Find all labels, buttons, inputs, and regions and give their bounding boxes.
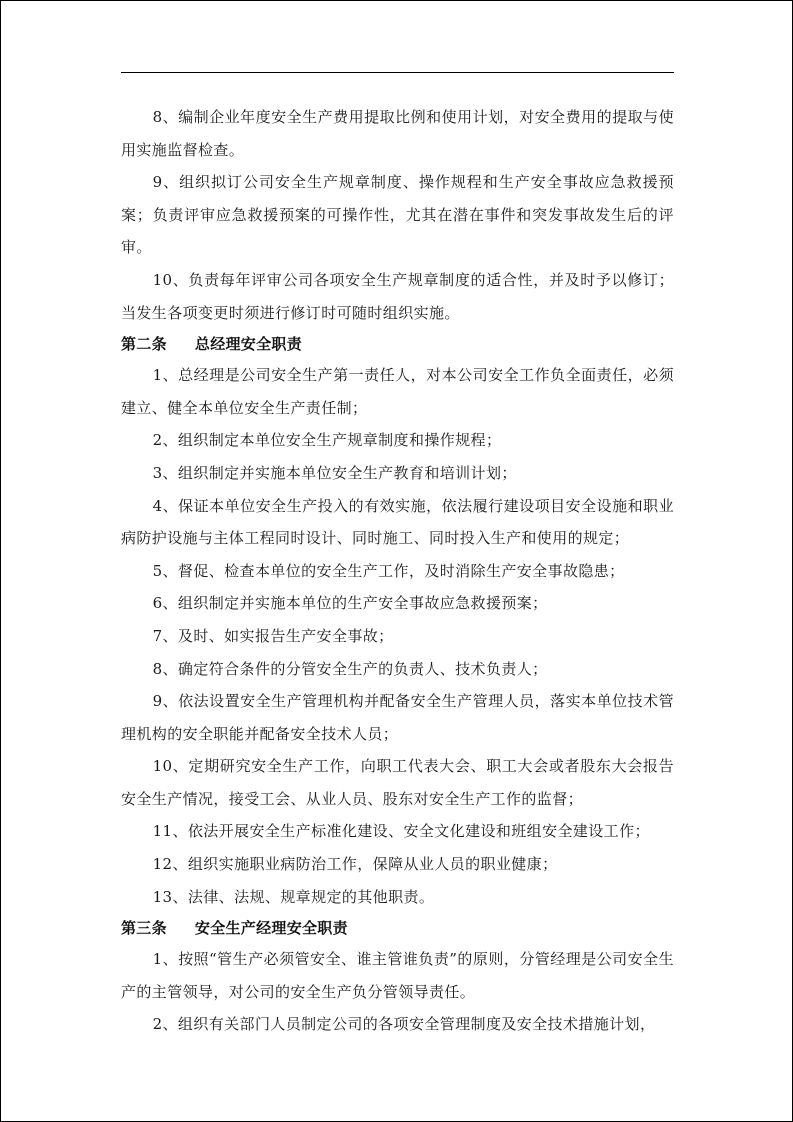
list-item: 3、组织制定并实施本单位安全生产教育和培训计划； bbox=[121, 457, 674, 490]
list-item: 2、组织有关部门人员制定公司的各项安全管理制度及安全技术措施计划， bbox=[121, 1008, 674, 1041]
list-item: 2、组织制定本单位安全生产规章制度和操作规程； bbox=[121, 424, 674, 457]
paragraph: 10、负责每年评审公司各项安全生产规章制度的适合性，并及时予以修订；当发生各项变… bbox=[121, 264, 674, 329]
list-item: 9、依法设置安全生产管理机构并配备安全生产管理人员，落实本单位技术管理机构的安全… bbox=[121, 685, 674, 750]
list-item: 10、定期研究安全生产工作，向职工代表大会、职工大会或者股东大会报告安全生产情况… bbox=[121, 750, 674, 815]
list-item: 8、确定符合条件的分管安全生产的负责人、技术负责人； bbox=[121, 653, 674, 686]
list-item: 1、按照“管生产必须管安全、谁主管谁负责”的原则，分管经理是公司安全生产的主管领… bbox=[121, 943, 674, 1008]
list-item: 12、组织实施职业病防治工作，保障从业人员的职业健康； bbox=[121, 848, 674, 881]
list-item: 13、法律、法规、规章规定的其他职责。 bbox=[121, 881, 674, 914]
article-number: 第二条 bbox=[121, 335, 167, 353]
list-item: 1、总经理是公司安全生产第一责任人，对本公司安全工作负全面责任，必须建立、健全本… bbox=[121, 359, 674, 424]
list-item: 7、及时、如实报告生产安全事故； bbox=[121, 620, 674, 653]
article-number: 第三条 bbox=[121, 919, 167, 937]
list-item: 6、组织制定并实施本单位的生产安全事故应急救援预案； bbox=[121, 587, 674, 620]
list-item: 5、督促、检查本单位的安全生产工作，及时消除生产安全事故隐患； bbox=[121, 555, 674, 588]
paragraph: 9、组织拟订公司安全生产规章制度、操作规程和生产安全事故应急救援预案；负责评审应… bbox=[121, 166, 674, 264]
paragraph: 8、编制企业年度安全生产费用提取比例和使用计划，对安全费用的提取与使用实施监督检… bbox=[121, 101, 674, 166]
list-item: 4、保证本单位安全生产投入的有效实施，依法履行建设项目安全设施和职业病防护设施与… bbox=[121, 490, 674, 555]
list-item: 11、依法开展安全生产标准化建设、安全文化建设和班组安全建设工作； bbox=[121, 815, 674, 848]
document-page: 8、编制企业年度安全生产费用提取比例和使用计划，对安全费用的提取与使用实施监督检… bbox=[0, 0, 793, 1122]
article-title: 安全生产经理安全职责 bbox=[195, 919, 348, 937]
article-heading: 第二条总经理安全职责 bbox=[121, 329, 674, 359]
header-rule bbox=[121, 72, 674, 73]
document-body: 8、编制企业年度安全生产费用提取比例和使用计划，对安全费用的提取与使用实施监督检… bbox=[121, 101, 674, 1041]
article-title: 总经理安全职责 bbox=[195, 335, 302, 353]
article-heading: 第三条安全生产经理安全职责 bbox=[121, 913, 674, 943]
